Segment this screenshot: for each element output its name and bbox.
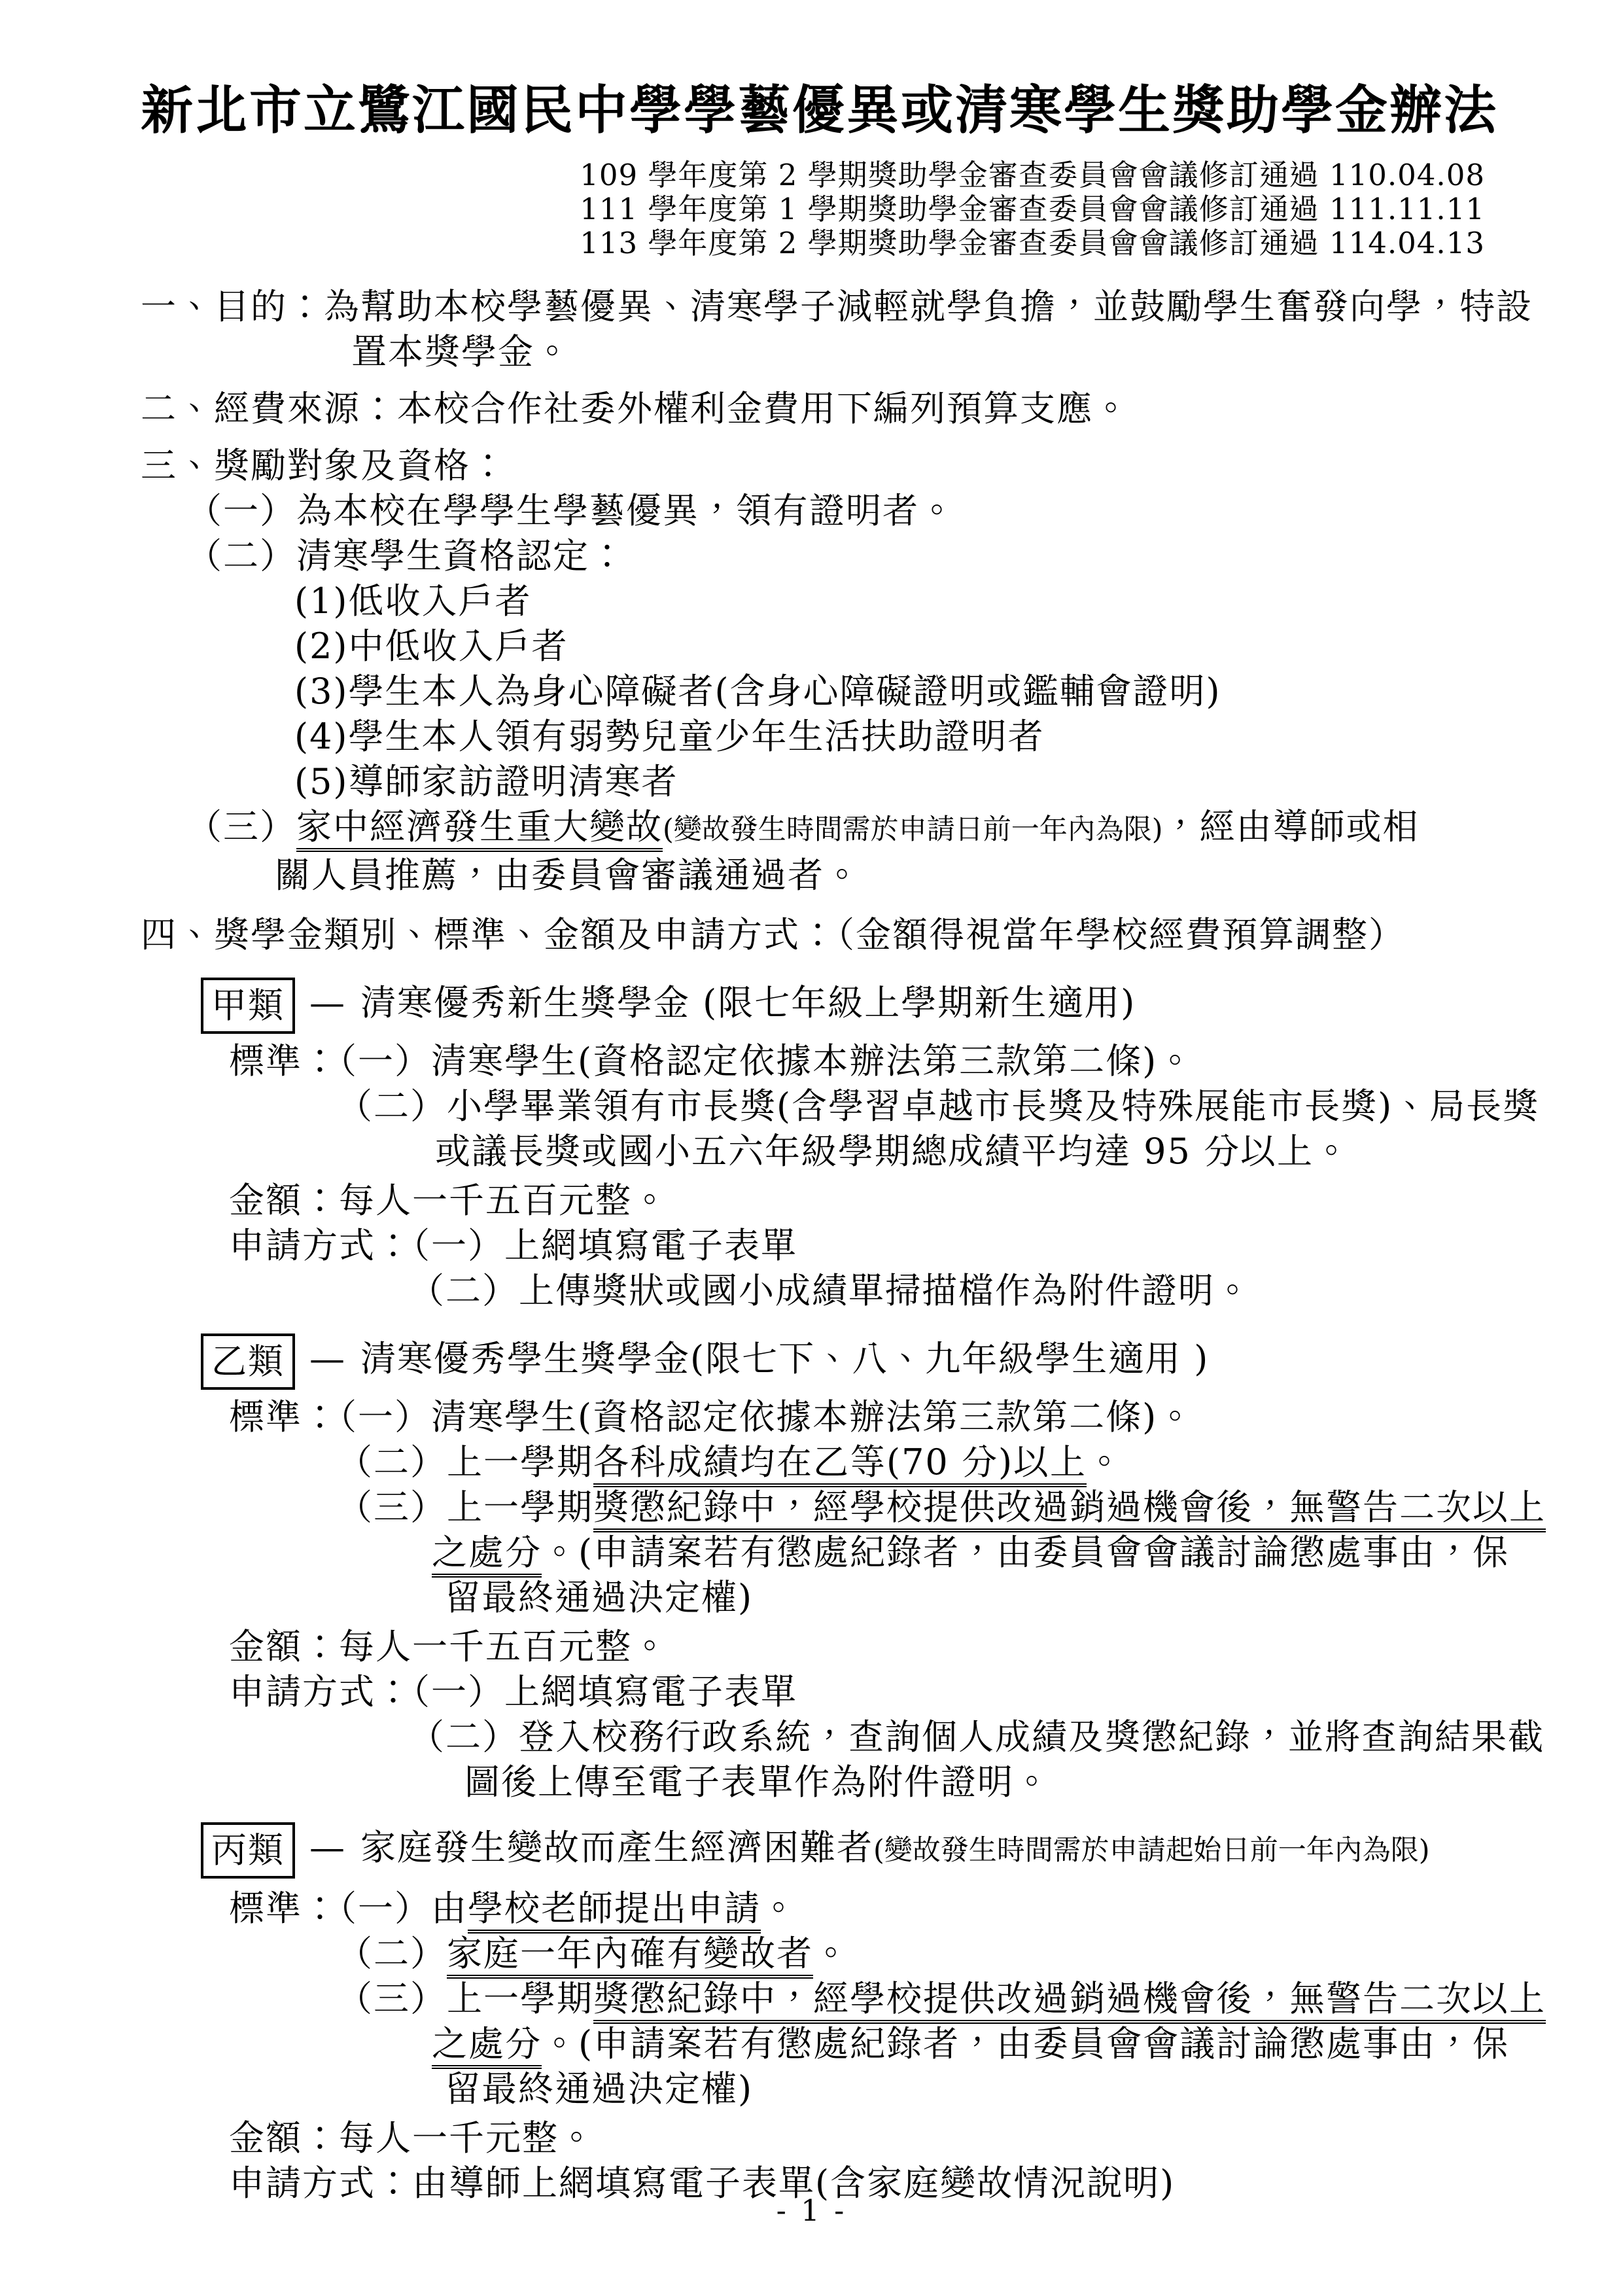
- purpose-line-2: 置本獎學金。: [351, 329, 1485, 374]
- standard-label: 標準：: [229, 1888, 339, 1929]
- poverty-criterion-4: (4)學生本人領有弱勢兒童少年生活扶助證明者: [294, 714, 1485, 759]
- poverty-criterion-5: (5)導師家訪證明清寒者: [294, 759, 1485, 804]
- class-b-apply-2-line1: （二）登入校務行政系統，查詢個人成績及獎懲紀錄，並將查詢結果截: [409, 1714, 1485, 1759]
- class-b-standard-2-underlined: 各科成績均在乙等(70 分)以上: [593, 1441, 1087, 1487]
- class-a-standard-2-line2: 或議長獎或國小五六年級學期總成績平均達 95 分以上。: [435, 1129, 1485, 1174]
- dash-separator: —: [309, 1827, 346, 1868]
- class-c-standard-3-pre: （三）上一學期: [337, 1978, 593, 2019]
- class-c-standard-1-pre: （一）由: [339, 1888, 468, 1929]
- item-3-underlined-text: 家中經濟發生重大變故: [296, 806, 663, 852]
- eligibility-item-1: （一）為本校在學學生學藝優異，領有證明者。: [186, 488, 1485, 533]
- eligibility-item-3: （三）家中經濟發生重大變故(變故發生時間需於申請日前一年內為限)，經由導師或相: [186, 804, 1485, 853]
- apply-label: 申請方式：: [229, 1671, 412, 1712]
- class-c-standard-3-line3: 留最終通過決定權): [445, 2066, 1485, 2111]
- dash-separator: —: [309, 982, 346, 1023]
- poverty-criterion-1: (1)低收入戶者: [294, 578, 1485, 624]
- class-b-standard-1: 標準：（一）清寒學生(資格認定依據本辦法第三款第二條)。: [229, 1394, 1485, 1439]
- class-b-heading: 乙類—清寒優秀學生獎學金(限七下、八、九年級學生適用 ): [201, 1328, 1485, 1390]
- poverty-criterion-2: (2)中低收入戶者: [294, 624, 1485, 669]
- class-a-apply-2: （二）上傳獎狀或國小成績單掃描檔作為附件證明。: [409, 1268, 1485, 1313]
- class-c-standard-1: 標準：（一）由學校老師提出申請。: [229, 1886, 1485, 1931]
- class-a-standard-1: 標準：（一）清寒學生(資格認定依據本辦法第三款第二條)。: [229, 1038, 1485, 1084]
- class-b-standard-2-post: 。: [1087, 1441, 1123, 1483]
- class-a-apply-1-text: （一）上網填寫電子表單: [412, 1225, 797, 1266]
- class-c-badge: 丙類: [201, 1822, 295, 1879]
- class-c-standard-2-pre: （二）: [337, 1933, 447, 1974]
- page-number: - 1 -: [0, 2193, 1623, 2228]
- standard-label: 標準：: [229, 1396, 339, 1438]
- class-c-standard-3-underlined-1: 獎懲紀錄中，經學校提供改過銷過機會後，無警告二次以上: [593, 1978, 1546, 2024]
- class-a-amount: 金額：每人一千五百元整。: [229, 1178, 1485, 1223]
- class-b-apply-2-line2: 圖後上傳至電子表單作為附件證明。: [464, 1759, 1485, 1805]
- class-c-title-note: (變故發生時間需於申請起始日前一年內為限): [873, 1834, 1430, 1867]
- class-b-standard-3-underlined-2: 之處分: [432, 1532, 542, 1578]
- class-b-standard-1-text: （一）清寒學生(資格認定依據本辦法第三款第二條)。: [339, 1396, 1194, 1438]
- class-c-standard-3-underlined-2: 之處分: [432, 2023, 542, 2069]
- page-title: 新北市立鷺江國民中學學藝優異或清寒學生獎助學金辦法: [141, 73, 1485, 147]
- revision-line: 109 學年度第 2 學期獎助學金審查委員會會議修訂通過 110.04.08: [141, 158, 1485, 192]
- apply-label: 申請方式：: [229, 1225, 412, 1266]
- document-page: 新北市立鷺江國民中學學藝優異或清寒學生獎助學金辦法 109 學年度第 2 學期獎…: [0, 0, 1623, 2296]
- revision-line: 113 學年度第 2 學期獎助學金審查委員會會議修訂通過 114.04.13: [141, 226, 1485, 260]
- item-3-note: (變故發生時間需於申請日前一年內為限): [663, 813, 1163, 846]
- revision-history: 109 學年度第 2 學期獎助學金審查委員會會議修訂通過 110.04.08 1…: [141, 158, 1485, 260]
- item-3-rest: ，經由導師或相: [1163, 806, 1420, 847]
- class-a-standard-2-line1: （二）小學畢業領有市長獎(含學習卓越市長獎及特殊展能市長獎)、局長獎: [337, 1084, 1485, 1129]
- class-c-title: 家庭發生變故而產生經濟困難者: [360, 1827, 873, 1868]
- categories-heading: 四、獎學金類別、標準、金額及申請方式：（金額得視當年學校經費預算調整）: [141, 912, 1485, 957]
- class-c-standard-2-post: 。: [813, 1933, 850, 1974]
- document-body: 一、目的：為幫助本校學藝優異、清寒學子減輕就學負擔，並鼓勵學生奮發向學，特設 置…: [141, 284, 1485, 2206]
- class-c-standard-3-line1: （三）上一學期獎懲紀錄中，經學校提供改過銷過機會後，無警告二次以上: [337, 1976, 1485, 2021]
- eligibility-item-2: （二）清寒學生資格認定：: [186, 533, 1485, 578]
- standard-label: 標準：: [229, 1040, 339, 1082]
- class-c-standard-1-underlined: 學校老師提出申請: [468, 1888, 761, 1934]
- class-a-heading: 甲類—清寒優秀新生獎學金 (限七年級上學期新生適用): [201, 972, 1485, 1034]
- class-b-standard-2: （二）上一學期各科成績均在乙等(70 分)以上。: [337, 1439, 1485, 1485]
- class-c-standard-1-post: 。: [761, 1888, 797, 1929]
- class-b-standard-3-line1: （三）上一學期獎懲紀錄中，經學校提供改過銷過機會後，無警告二次以上: [337, 1485, 1485, 1530]
- class-a-standard-1-text: （一）清寒學生(資格認定依據本辦法第三款第二條)。: [339, 1040, 1194, 1082]
- purpose-line-1: 一、目的：為幫助本校學藝優異、清寒學子減輕就學負擔，並鼓勵學生奮發向學，特設: [141, 284, 1485, 329]
- eligibility-heading: 三、獎勵對象及資格：: [141, 443, 1485, 488]
- class-c-standard-2-underlined: 家庭一年內確有變故者: [447, 1933, 813, 1979]
- dash-separator: —: [309, 1338, 346, 1379]
- class-b-standard-3-underlined-1: 獎懲紀錄中，經學校提供改過銷過機會後，無警告二次以上: [593, 1487, 1546, 1532]
- class-a-badge: 甲類: [201, 978, 295, 1034]
- class-b-amount: 金額：每人一千五百元整。: [229, 1624, 1485, 1669]
- funding-source-line: 二、經費來源：本校合作社委外權利金費用下編列預算支應。: [141, 386, 1485, 431]
- class-b-apply-1-text: （一）上網填寫電子表單: [412, 1671, 797, 1712]
- class-b-badge: 乙類: [201, 1333, 295, 1390]
- class-a-apply-1: 申請方式：（一）上網填寫電子表單: [229, 1223, 1485, 1268]
- class-b-standard-3-pre: （三）上一學期: [337, 1487, 593, 1528]
- class-b-title: 清寒優秀學生獎學金(限七下、八、九年級學生適用 ): [360, 1338, 1209, 1379]
- class-c-amount: 金額：每人一千元整。: [229, 2115, 1485, 2161]
- class-c-standard-2: （二）家庭一年內確有變故者。: [337, 1931, 1485, 1976]
- class-b-standard-2-pre: （二）上一學期: [337, 1441, 593, 1483]
- class-c-standard-3-rest: 。(申請案若有懲處紀錄者，由委員會會議討論懲處事由，保: [542, 2023, 1509, 2064]
- item-3-label: （三）: [186, 806, 296, 847]
- class-c-heading: 丙類—家庭發生變故而產生經濟困難者(變故發生時間需於申請起始日前一年內為限): [201, 1816, 1485, 1882]
- class-a-title: 清寒優秀新生獎學金 (限七年級上學期新生適用): [360, 982, 1136, 1023]
- class-c-standard-3-line2: 之處分。(申請案若有懲處紀錄者，由委員會會議討論懲處事由，保: [432, 2021, 1485, 2066]
- class-b-standard-3-rest: 。(申請案若有懲處紀錄者，由委員會會議討論懲處事由，保: [542, 1532, 1509, 1573]
- poverty-criterion-3: (3)學生本人為身心障礙者(含身心障礙證明或鑑輔會證明): [294, 669, 1485, 714]
- class-b-apply-1: 申請方式：（一）上網填寫電子表單: [229, 1669, 1485, 1714]
- eligibility-item-3-cont: 關人員推薦，由委員會審議通過者。: [275, 853, 1485, 898]
- class-b-standard-3-line2: 之處分。(申請案若有懲處紀錄者，由委員會會議討論懲處事由，保: [432, 1530, 1485, 1575]
- class-b-standard-3-line3: 留最終通過決定權): [445, 1575, 1485, 1620]
- revision-line: 111 學年度第 1 學期獎助學金審查委員會會議修訂通過 111.11.11: [141, 192, 1485, 226]
